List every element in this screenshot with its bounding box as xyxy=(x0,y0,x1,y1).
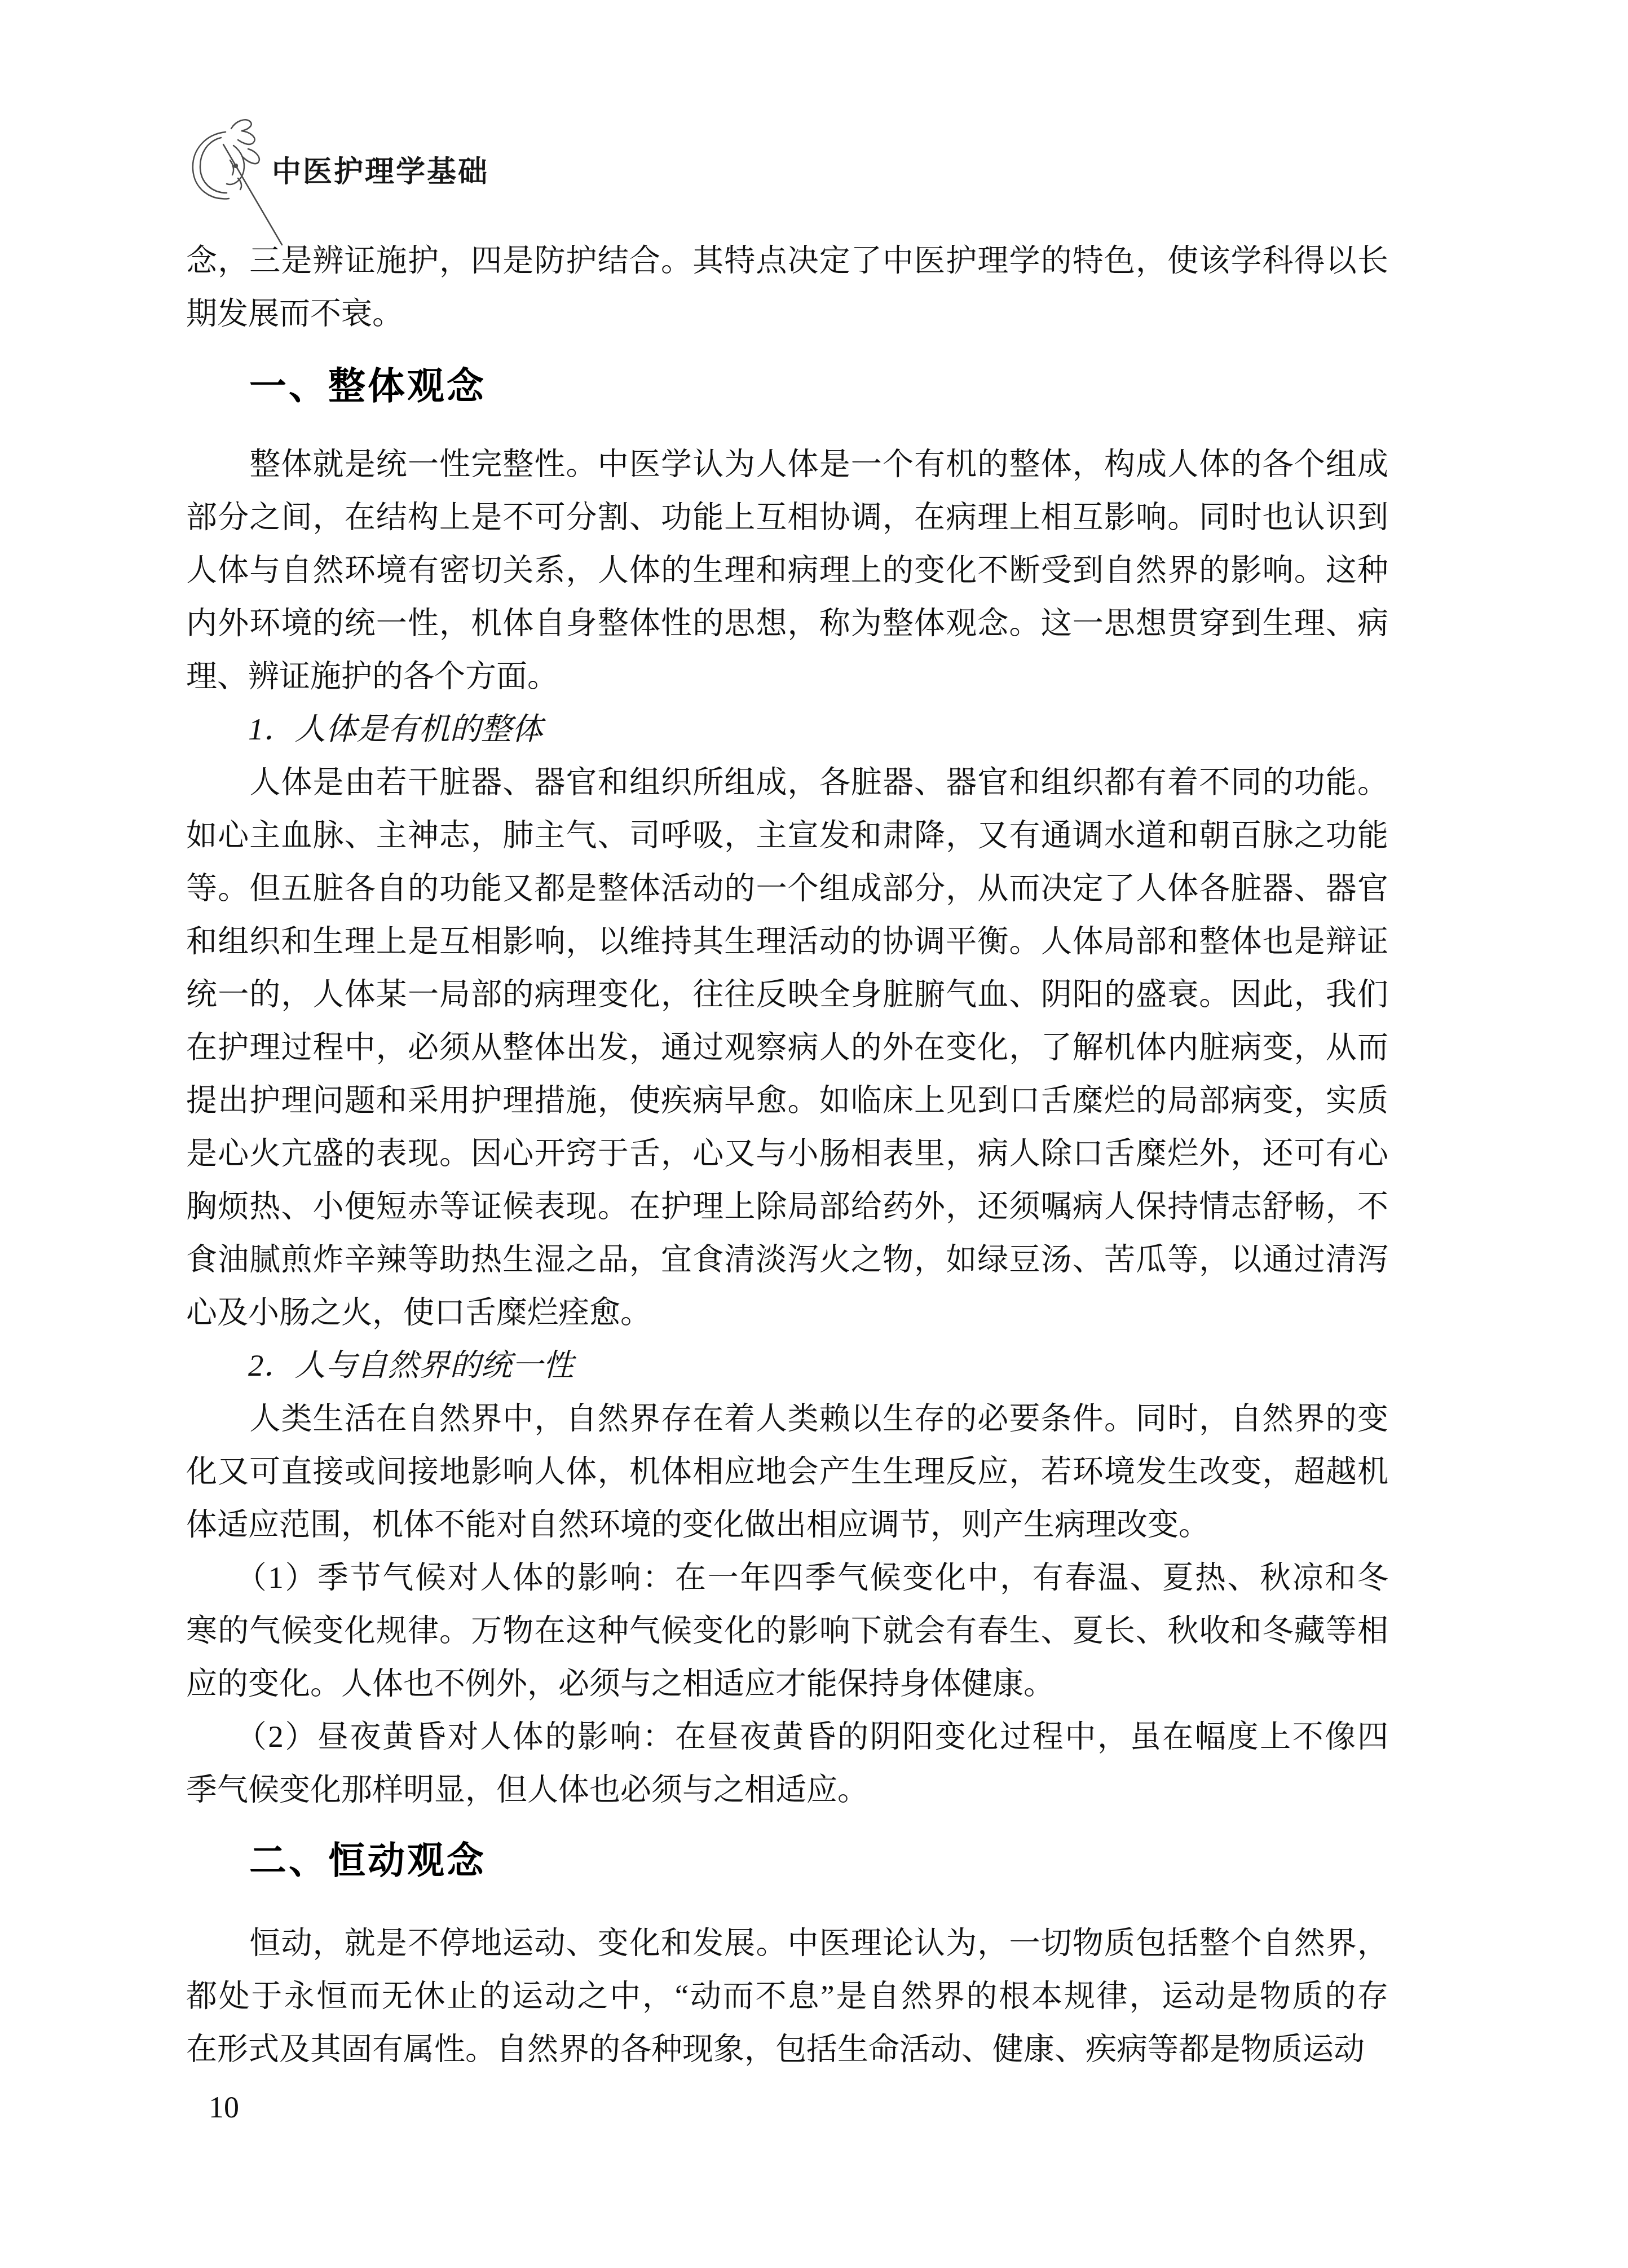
subheading-unity-with-nature: 2．人与自然界的统一性 xyxy=(186,1339,1388,1392)
text-line: 恒动，就是不停地运动、变化和发展。中医理论认为，一切物质包括整个自然界， xyxy=(186,1917,1388,1970)
text-line: 都处于永恒而无休止的运动之中，“动而不息”是自然界的根本规律，运动是物质的存 xyxy=(186,1970,1388,2023)
text-line: 提出护理问题和采用护理措施，使疾病早愈。如临床上见到口舌糜烂的局部病变，实质 xyxy=(186,1074,1388,1127)
text-line: 等。但五脏各自的功能又都是整体活动的一个组成部分，从而决定了人体各脏器、器官 xyxy=(186,862,1388,915)
paragraph-holism-overview: 整体就是统一性完整性。中医学认为人体是一个有机的整体，构成人体的各个组成部分之间… xyxy=(186,438,1388,703)
paragraph-day-night: （2）昼夜黄昏对人体的影响：在昼夜黄昏的阴阳变化过程中，虽在幅度上不像四季气候变… xyxy=(186,1710,1388,1816)
text-line: 念，三是辨证施护，四是防护结合。其特点决定了中医护理学的特色，使该学科得以长 xyxy=(186,234,1388,287)
section-heading-constant-motion-concept: 二、恒动观念 xyxy=(249,1840,486,1881)
text-line: （2）昼夜黄昏对人体的影响：在昼夜黄昏的阴阳变化过程中，虽在幅度上不像四 xyxy=(186,1710,1388,1763)
text-line: 人类生活在自然界中，自然界存在着人类赖以生存的必要条件。同时，自然界的变 xyxy=(186,1392,1388,1445)
text-line: 在护理过程中，必须从整体出发，通过观察病人的外在变化，了解机体内脏病变，从而 xyxy=(186,1021,1388,1074)
text-line: 食油腻煎炸辛辣等助热生湿之品，宜食清淡泻火之物，如绿豆汤、苦瓜等，以通过清泻 xyxy=(186,1233,1388,1286)
book-page: 中医护理学基础 念，三是辨证施护，四是防护结合。其特点决定了中医护理学的特色，使… xyxy=(0,0,1628,2268)
section-heading-holistic-concept: 一、整体观念 xyxy=(249,365,486,406)
text-line: 寒的气候变化规律。万物在这种气候变化的影响下就会有春生、夏长、秋收和冬藏等相 xyxy=(186,1604,1388,1657)
text-line: 和组织和生理上是互相影响，以维持其生理活动的协调平衡。人体局部和整体也是辩证 xyxy=(186,915,1388,968)
section-1-body: 整体就是统一性完整性。中医学认为人体是一个有机的整体，构成人体的各个组成部分之间… xyxy=(186,438,1388,1816)
section-2-body: 恒动，就是不停地运动、变化和发展。中医理论认为，一切物质包括整个自然界，都处于永… xyxy=(186,1917,1388,2076)
paragraph-seasonal-climate: （1）季节气候对人体的影响：在一年四季气候变化中，有春温、夏热、秋凉和冬寒的气候… xyxy=(186,1551,1388,1710)
paragraph-unity-with-nature: 人类生活在自然界中，自然界存在着人类赖以生存的必要条件。同时，自然界的变化又可直… xyxy=(186,1392,1388,1551)
text-line: 人体与自然环境有密切关系，人体的生理和病理上的变化不断受到自然界的影响。这种 xyxy=(186,544,1388,597)
text-line: 期发展而不衰。 xyxy=(186,287,1388,340)
subheading-human-organic-whole: 1．人体是有机的整体 xyxy=(186,703,1388,756)
text-line: 内外环境的统一性，机体自身整体性的思想，称为整体观念。这一思想贯穿到生理、病 xyxy=(186,597,1388,650)
text-line: 体适应范围，机体不能对自然环境的变化做出相应调节，则产生病理改变。 xyxy=(186,1498,1388,1551)
text-line: 季气候变化那样明显，但人体也必须与之相适应。 xyxy=(186,1763,1388,1816)
text-line: 统一的，人体某一局部的病理变化，往往反映全身脏腑气血、阴阳的盛衰。因此，我们 xyxy=(186,968,1388,1021)
text-line: 胸烦热、小便短赤等证候表现。在护理上除局部给药外，还须嘱病人保持情志舒畅，不 xyxy=(186,1180,1388,1233)
book-header-title: 中医护理学基础 xyxy=(272,148,489,190)
text-line: 人体是由若干脏器、器官和组织所组成，各脏器、器官和组织都有着不同的功能。 xyxy=(186,756,1388,809)
paragraph-human-organic-whole: 人体是由若干脏器、器官和组织所组成，各脏器、器官和组织都有着不同的功能。如心主血… xyxy=(186,756,1388,1339)
text-line: 应的变化。人体也不例外，必须与之相适应才能保持身体健康。 xyxy=(186,1657,1388,1710)
text-line: （1）季节气候对人体的影响：在一年四季气候变化中，有春温、夏热、秋凉和冬 xyxy=(186,1551,1388,1604)
text-line: 整体就是统一性完整性。中医学认为人体是一个有机的整体，构成人体的各个组成 xyxy=(186,438,1388,491)
intro-paragraph: 念，三是辨证施护，四是防护结合。其特点决定了中医护理学的特色，使该学科得以长期发… xyxy=(186,234,1388,340)
text-line: 理、辨证施护的各个方面。 xyxy=(186,650,1388,703)
text-line: 是心火亢盛的表现。因心开窍于舌，心又与小肠相表里，病人除口舌糜烂外，还可有心 xyxy=(186,1127,1388,1180)
text-line: 如心主血脉、主神志，肺主气、司呼吸，主宣发和肃降，又有通调水道和朝百脉之功能 xyxy=(186,809,1388,862)
text-line: 部分之间，在结构上是不可分割、功能上互相协调，在病理上相互影响。同时也认识到 xyxy=(186,491,1388,544)
text-line: 心及小肠之火，使口舌糜烂痊愈。 xyxy=(186,1286,1388,1339)
text-line: 化又可直接或间接地影响人体，机体相应地会产生生理反应，若环境发生改变，超越机 xyxy=(186,1445,1388,1498)
paragraph-constant-motion: 恒动，就是不停地运动、变化和发展。中医理论认为，一切物质包括整个自然界，都处于永… xyxy=(186,1917,1388,2076)
text-line: 在形式及其固有属性。自然界的各种现象，包括生命活动、健康、疾病等都是物质运动 xyxy=(186,2023,1388,2076)
page-number: 10 xyxy=(209,2090,239,2125)
